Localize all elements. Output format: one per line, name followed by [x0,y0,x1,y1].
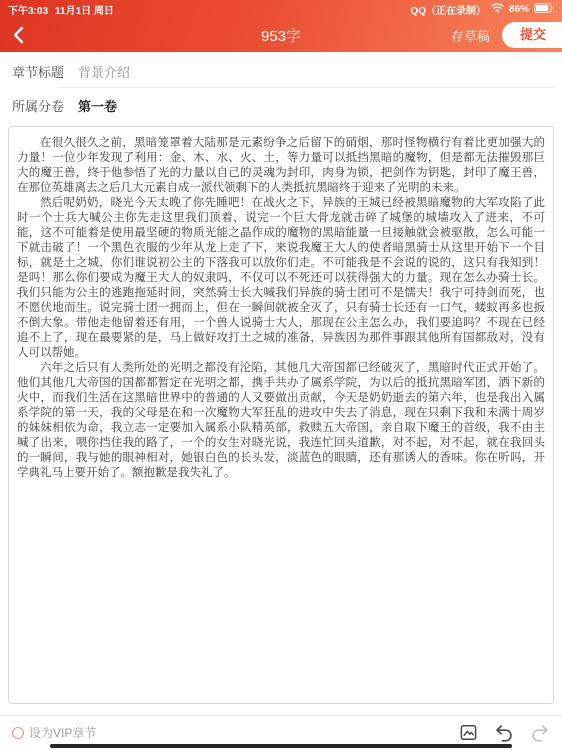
save-draft-button[interactable]: 存草稿 [451,26,490,45]
redo-button[interactable] [530,724,550,742]
insert-image-button[interactable] [459,723,478,742]
vip-chapter-toggle[interactable]: 设为VIP章节 [12,724,96,741]
image-icon [459,723,478,742]
redo-icon [530,724,550,742]
vip-label: 设为VIP章节 [29,724,96,741]
wifi-icon [491,3,504,16]
vip-radio-icon [12,727,24,739]
undo-button[interactable] [494,724,514,742]
chapter-content-editor[interactable]: 在很久很久之前，黑暗笼罩着大陆那是元素纷争之后留下的硝烟，那时怪物横行有着比更加… [8,126,554,704]
status-time: 下午3:03 [8,2,48,17]
divider [58,87,554,88]
editor-paragraph: 然后呢奶奶，晓光今天太晚了你先睡吧！在战火之下，异族的王城已经被黑暗魔物的大军攻… [17,196,545,361]
chapter-title-row: 章节标题 背景介绍 [0,56,562,86]
battery-icon [534,3,554,16]
volume-value: 第一卷 [78,96,550,115]
chapter-title-label: 章节标题 [12,62,64,81]
chapter-title-input[interactable]: 背景介绍 [78,62,550,81]
home-indicator[interactable] [50,744,512,748]
submit-button[interactable]: 提交 [502,22,562,48]
editor-paragraph: 六年之后只有人类所处的光明之都没有沦陷，其他几大帝国都已经破灭了，黑暗时代正式开… [17,361,545,481]
status-recording-label[interactable]: QQ（正在录制） [410,2,486,17]
back-button[interactable] [12,23,36,47]
app-header: 下午3:03 11月1日 周日 QQ（正在录制） 86% [0,0,562,52]
nav-bar: 953字 存草稿 提交 [0,18,562,52]
volume-label: 所属分卷 [12,96,64,115]
volume-row[interactable]: 所属分卷 第一卷 [0,90,562,120]
undo-icon [494,724,514,742]
status-date: 11月1日 周日 [55,2,114,17]
status-bar: 下午3:03 11月1日 周日 QQ（正在录制） 86% [0,0,562,18]
app-screen: 下午3:03 11月1日 周日 QQ（正在录制） 86% [0,0,562,750]
editor-paragraph: 在很久很久之前，黑暗笼罩着大陆那是元素纷争之后留下的硝烟，那时怪物横行有着比更加… [17,136,545,196]
battery-percent: 86% [509,4,529,15]
chapter-form: 章节标题 背景介绍 所属分卷 第一卷 [0,52,562,120]
